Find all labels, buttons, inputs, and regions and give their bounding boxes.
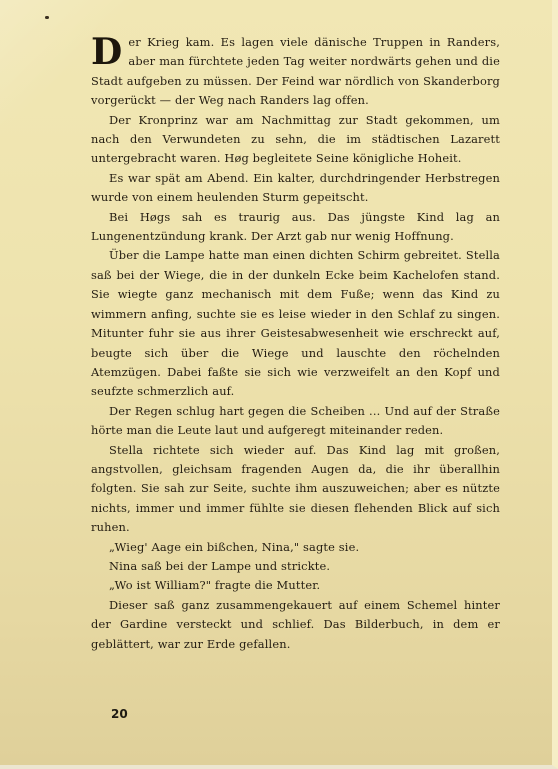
paragraph: Bei Høgs sah es traurig aus. Das jüngste… <box>91 208 500 247</box>
paragraph: Der Krieg kam. Es lagen viele dänische T… <box>91 33 500 111</box>
body-text: Der Krieg kam. Es lagen viele dänische T… <box>91 33 500 654</box>
paragraph: Stella richtete sich wieder auf. Das Kin… <box>91 441 500 538</box>
paragraph: Über die Lampe hatte man einen dichten S… <box>91 246 500 401</box>
paragraph: „Wieg' Aage ein bißchen, Nina," sagte si… <box>91 538 500 557</box>
paragraph: „Wo ist William?" fragte die Mutter. <box>91 576 500 595</box>
ink-spot <box>45 16 49 19</box>
paragraph-text: er Krieg kam. Es lagen viele dänische Tr… <box>91 35 500 107</box>
book-page: Der Krieg kam. Es lagen viele dänische T… <box>0 0 558 769</box>
paragraph: Der Regen schlug hart gegen die Scheiben… <box>91 402 500 441</box>
drop-cap: D <box>91 36 122 70</box>
paragraph: Es war spät am Abend. Ein kalter, durchd… <box>91 169 500 208</box>
paragraph: Der Kronprinz war am Nachmittag zur Stad… <box>91 111 500 169</box>
paragraph: Nina saß bei der Lampe und strickte. <box>91 557 500 576</box>
page-number: 20 <box>111 707 128 721</box>
paragraph: Dieser saß ganz zusammengekauert auf ein… <box>91 596 500 654</box>
